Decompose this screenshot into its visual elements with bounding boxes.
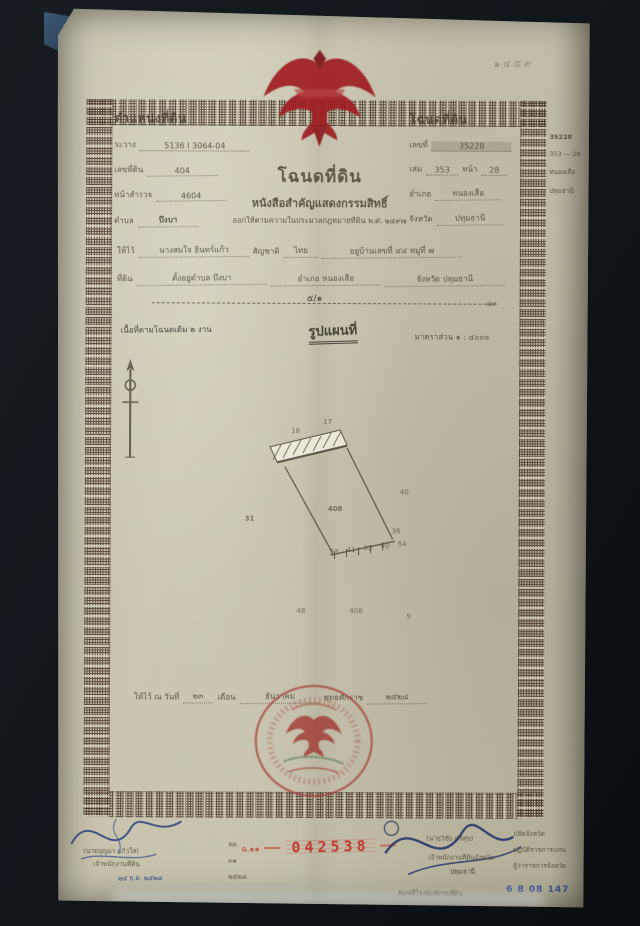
land-location-line: ที่ดิน ตั้งอยู่ตำบล บึงบา อำเภอ หนองเสือ… — [117, 271, 537, 287]
map-number: 41 — [347, 546, 356, 554]
map-scale: มาตราส่วน ๑ : ๔๐๐๐ — [415, 330, 490, 343]
field-label: ตำบล — [114, 214, 134, 227]
map-number: 18 — [291, 427, 300, 435]
stub-line: 35228 — [549, 133, 591, 141]
field-value: 35228 — [432, 141, 512, 151]
issue-day: ๒๓ — [183, 689, 213, 703]
field-label: หน้าสำรวจ — [114, 188, 152, 201]
map-number: 408 — [349, 607, 362, 615]
land-province: จังหวัด ปทุมธานี — [385, 272, 505, 287]
owner-address: อยู่บ้านเลขที่ ๔๔ หมู่ที่ ๗ — [321, 244, 461, 259]
frame-left-border — [83, 99, 112, 817]
left-token: ทด. — [228, 840, 239, 850]
stub-line: 353 — 28 — [549, 150, 591, 158]
north-arrow-icon — [115, 357, 146, 472]
map-number: 31 — [245, 515, 255, 523]
right-column-line: ปฏิบัติราชการแทน — [513, 845, 565, 855]
owner-line: ให้ไว้ นางสมใจ อินทร์แก้ว สัญชาติ ไทย อย… — [117, 243, 537, 259]
title-block: โฉนดที่ดิน หนังสือสำคัญแสดงกรรมสิทธิ์ ออ… — [187, 162, 452, 227]
handwritten-corner-note: ๑๔๕๙ — [494, 57, 535, 72]
owner-name: นางสมใจ อินทร์แก้ว — [139, 243, 249, 258]
stub-line: ปทุมธานี — [549, 186, 591, 196]
photo-of-land-title-deed: ๑๔๕๙ ตำแหน่งที่ดิน ระวาง 5136 I 3064-04 … — [0, 0, 640, 926]
fraction-note: ๕/๑ — [307, 291, 323, 305]
serial-prefix: ฉ.๑๑ — [241, 842, 259, 855]
right-signatory-name: (นายวิชัย ศรีสุข) — [426, 833, 473, 843]
field-value: 28 — [481, 166, 507, 176]
area-note: เนื้อที่ตามโฉนดเดิม ๒ งาน — [120, 323, 211, 337]
rule-end-number: ๔๙ — [487, 299, 497, 309]
deed-subtitle: หนังสือสำคัญแสดงกรรมสิทธิ์ — [187, 193, 452, 212]
map-number: 54 — [398, 540, 407, 548]
land-district: อำเภอ หนองเสือ — [271, 271, 381, 286]
right-signature-scribble — [373, 808, 528, 889]
right-column-line: ผู้ว่าราชการจังหวัด — [513, 861, 566, 871]
map-number: 52 — [364, 544, 373, 552]
stub-line: หนองเสือ — [549, 167, 591, 177]
margin-stub: 35228 353 — 28 หนองเสือ ปทุมธานี — [549, 133, 591, 196]
field-label: เลขที่ — [409, 138, 427, 151]
right-column-line: ปลัดจังหวัด — [513, 829, 545, 839]
left-token: ๒๕๒๘ — [228, 872, 247, 882]
map-number: 36 — [392, 527, 401, 535]
land-location: ตั้งอยู่ตำบล บึงบา — [137, 271, 267, 286]
map-number: 17 — [323, 418, 332, 426]
map-number: 53 — [330, 548, 339, 556]
land-label: ที่ดิน — [117, 272, 133, 285]
map-number: 408 — [328, 505, 343, 513]
deed-block-header: โฉนดที่ดิน — [409, 110, 539, 130]
deed-subline: ออกให้ตามความในประมวลกฎหมายที่ดิน พ.ศ. ๒… — [187, 214, 452, 227]
left-token: ๓๑ — [228, 856, 237, 866]
issue-prefix: ให้ไว้ ณ วันที่ — [134, 690, 179, 703]
deed-title: โฉนดที่ดิน — [187, 162, 452, 190]
map-number: 40 — [381, 542, 390, 550]
issue-month-label: เดือน — [217, 691, 235, 704]
field-label: หน้า — [462, 163, 477, 176]
field-deed-number: เลขที่ 35228 — [409, 138, 539, 152]
map-number: 40 — [400, 488, 409, 496]
right-signatory-province: ปทุมธานี — [450, 866, 475, 876]
field-rawang: ระวาง 5136 I 3064-04 — [114, 138, 344, 152]
official-seal-icon — [244, 682, 385, 801]
map-number: 48 — [296, 607, 305, 615]
left-signatory-name: (นายบุญมา แก้วใส) — [83, 846, 139, 856]
nationality-value: ไทย — [283, 244, 317, 258]
map-number: 9 — [406, 612, 411, 620]
map-heading: รูปแผนที่ — [308, 319, 357, 344]
serial-dash — [264, 847, 280, 849]
left-signature-date: ๒๔ ธ.ค. ๒๕๒๘ — [118, 873, 162, 883]
deed-paper: ๑๔๕๙ ตำแหน่งที่ดิน ระวาง 5136 I 3064-04 … — [54, 7, 592, 909]
paper-bottom-glare — [114, 891, 544, 907]
field-value: 5136 I 3064-04 — [140, 141, 250, 151]
field-label: เลขที่ดิน — [114, 163, 143, 176]
field-label: ระวาง — [114, 138, 136, 151]
left-signatory-title: เจ้าพนักงานที่ดิน — [93, 859, 140, 869]
serial-number: 042538 — [285, 837, 376, 857]
given-label: ให้ไว้ — [117, 244, 135, 257]
right-signatory-title: เจ้าพนักงานที่ดินจังหวัด — [428, 852, 494, 862]
position-block-header: ตำแหน่งที่ดิน — [114, 109, 344, 129]
nationality-label: สัญชาติ — [253, 245, 280, 258]
